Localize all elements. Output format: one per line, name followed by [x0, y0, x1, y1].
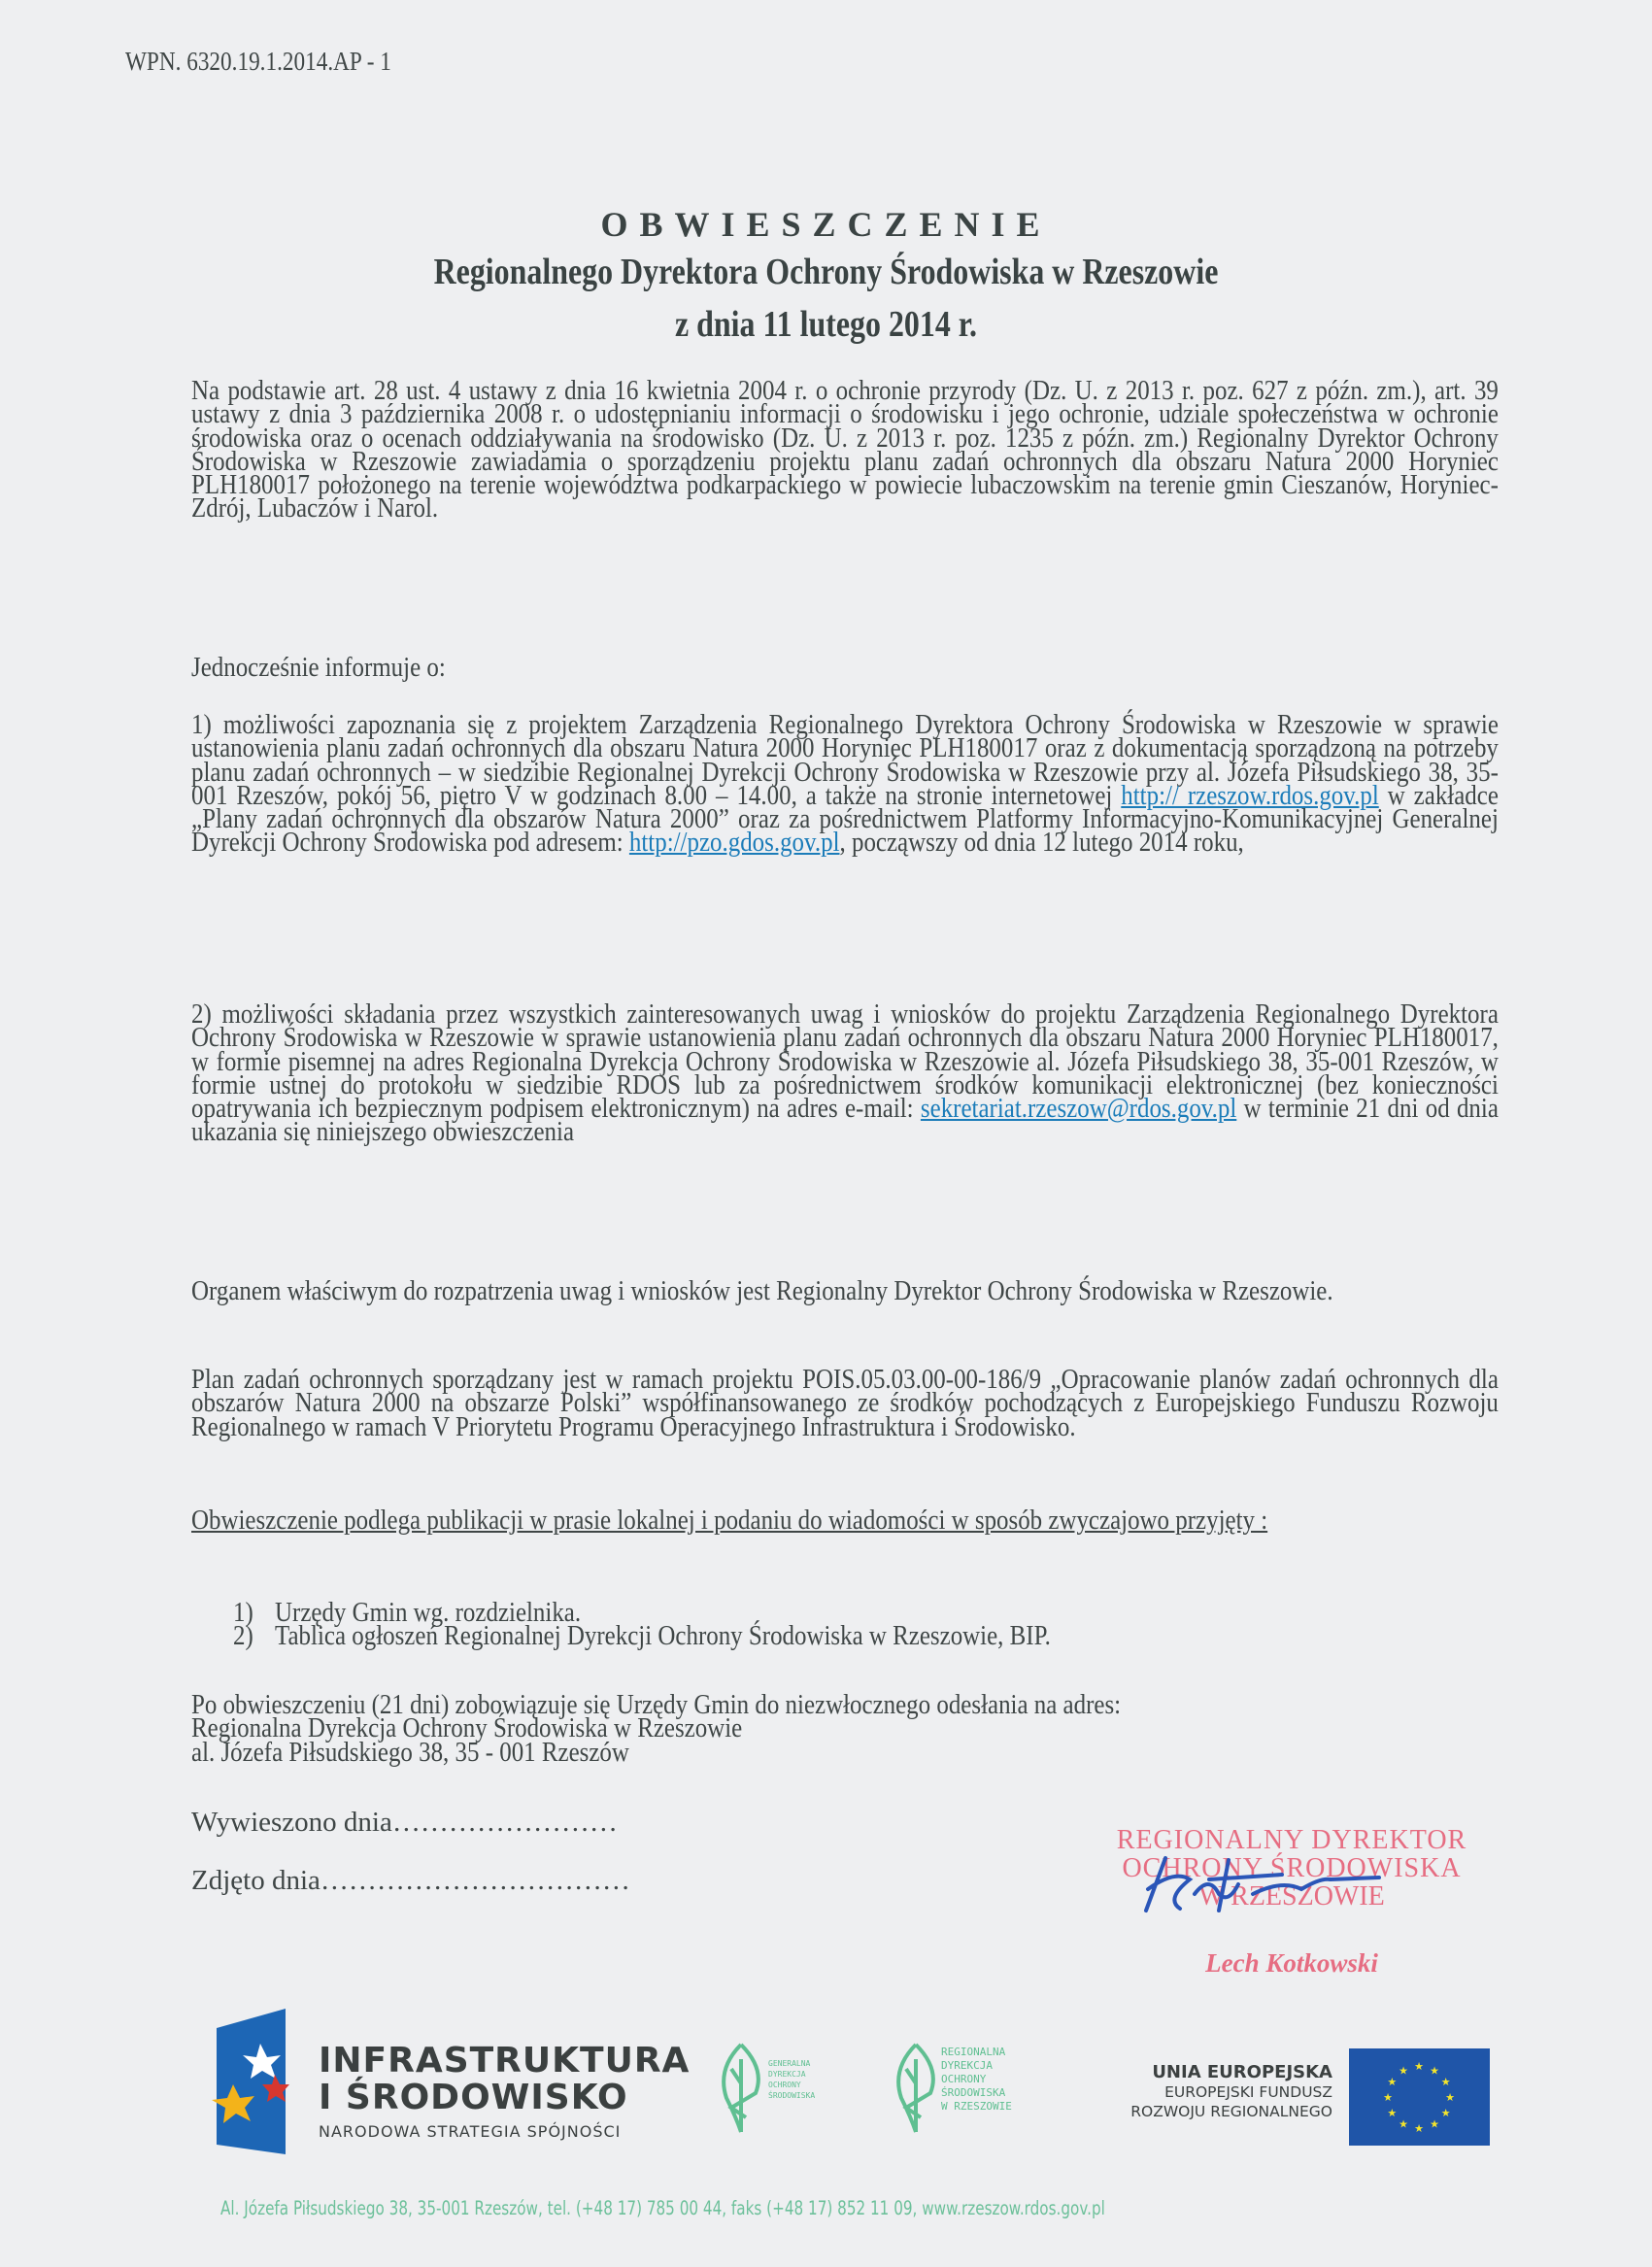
svg-text:★: ★	[1445, 2092, 1455, 2104]
removed-date-field: Zdjęto dnia……………………………	[191, 1865, 630, 1897]
svg-text:★: ★	[1414, 2061, 1424, 2073]
svg-text:★: ★	[1399, 2065, 1408, 2077]
gdos-logo: GENERALNA DYREKCJA OCHRONY ŚRODOWISKA	[768, 2058, 815, 2101]
infrastruktura-logo-icon	[204, 2009, 311, 2154]
infrastruktura-logo: INFRASTRUKTURA I ŚRODOWISKO NARODOWA STR…	[319, 2043, 690, 2141]
signature-icon	[1136, 1850, 1389, 1918]
eu-logo-text: UNIA EUROPEJSKA EUROPEJSKI FUNDUSZ ROZWO…	[1090, 2063, 1332, 2121]
svg-text:★: ★	[1383, 2092, 1393, 2104]
svg-text:★: ★	[1441, 2077, 1451, 2088]
email-link[interactable]: sekretariat.rzeszow@rdos.gov.pl	[921, 1093, 1236, 1124]
eu-flag-icon: ★★★★★★★★★★★★	[1349, 2048, 1490, 2146]
inform-lead: Jednocześnie informuje o:	[191, 656, 1499, 679]
publication-note: Obwieszczenie podlega publikacji w prasi…	[191, 1508, 1499, 1532]
document-subtitle: Regionalnego Dyrektora Ochrony Środowisk…	[132, 251, 1520, 293]
svg-text:★: ★	[1399, 2119, 1408, 2131]
gdos-leaf-icon	[717, 2040, 765, 2137]
rdos-leaf-icon	[892, 2040, 940, 2137]
intro-paragraph: Na podstawie art. 28 ust. 4 ustawy z dni…	[191, 379, 1499, 521]
svg-text:★: ★	[1441, 2108, 1451, 2119]
reference-number: WPN. 6320.19.1.2014.AP - 1	[125, 47, 391, 77]
svg-text:★: ★	[1387, 2077, 1397, 2088]
document-date: z dnia 11 lutego 2014 r.	[132, 303, 1520, 346]
posted-date-field: Wywieszono dnia……………………	[191, 1807, 618, 1839]
svg-text:★: ★	[1414, 2123, 1424, 2135]
gdos-pzo-link[interactable]: http://pzo.gdos.gov.pl	[629, 827, 840, 858]
authority-paragraph: Organem właściwym do rozpatrzenia uwag i…	[191, 1279, 1499, 1303]
point-2: 2) możliwości składania przez wszystkich…	[191, 1002, 1499, 1144]
footer-address: Al. Józefa Piłsudskiego 38, 35-001 Rzesz…	[220, 2197, 1105, 2219]
svg-text:★: ★	[1387, 2108, 1397, 2119]
rdos-logo: REGIONALNA DYREKCJA OCHRONY ŚRODOWISKA W…	[941, 2046, 1012, 2114]
point-1: 1) możliwości zapoznania się z projektem…	[191, 713, 1499, 855]
return-note: Po obwieszczeniu (21 dni) zobowiązuje si…	[191, 1693, 1499, 1764]
list-item: 2)Tablica ogłoszeń Regionalnej Dyrekcji …	[233, 1624, 1402, 1647]
svg-text:★: ★	[1430, 2065, 1439, 2077]
svg-text:★: ★	[1430, 2119, 1439, 2131]
project-paragraph: Plan zadań ochronnych sporządzany jest w…	[191, 1368, 1499, 1438]
signatory-name: Lech Kotkowski	[1097, 1949, 1486, 1978]
document-title: OBWIESZCZENIE	[0, 204, 1652, 245]
distribution-list: 1)Urzędy Gmin wg. rozdzielnika. 2)Tablic…	[233, 1601, 1593, 1648]
